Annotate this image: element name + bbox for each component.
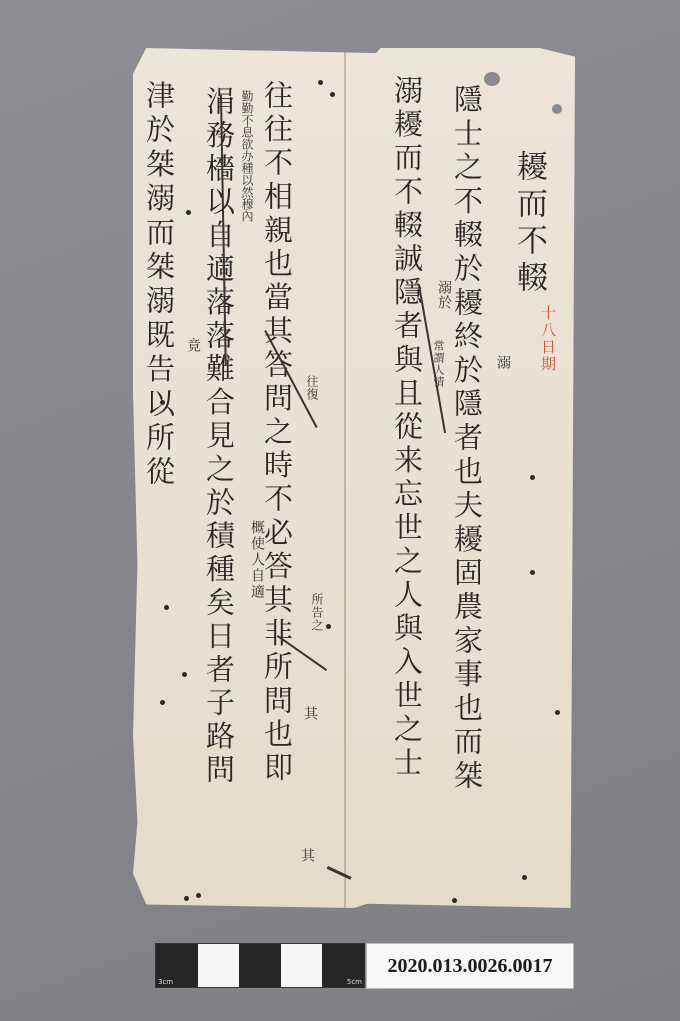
punctuation-dot	[522, 875, 527, 880]
margin-annotation: 溺	[496, 355, 509, 370]
text-column: 往往不相親也當其答問之時不必答其非所問也即	[262, 80, 292, 786]
paper-hole	[552, 104, 562, 114]
punctuation-dot	[326, 624, 331, 629]
punctuation-dot	[318, 80, 323, 85]
punctuation-dot	[530, 570, 535, 575]
punctuation-dot	[186, 210, 191, 215]
measurement-scale-bar: 3cm 5cm	[155, 943, 365, 988]
margin-annotation: 往復	[305, 375, 318, 401]
punctuation-dot	[164, 605, 169, 610]
text-column: 津於桀溺而桀溺既告以所從	[144, 80, 174, 490]
manuscript-page	[133, 48, 575, 908]
center-fold	[344, 48, 346, 908]
margin-annotation: 其	[300, 848, 313, 863]
text-column: 涓務檣以自適落落難合見之於積種矣日者子路問	[204, 86, 234, 787]
interlinear-annotation: 概使人自適	[250, 520, 263, 600]
punctuation-dot	[196, 893, 201, 898]
text-column: 溺耰而不輟誠隱者與且從来忘世之人與入世之士	[392, 75, 422, 781]
punctuation-dot	[555, 710, 560, 715]
punctuation-dot	[160, 700, 165, 705]
punctuation-dot	[530, 475, 535, 480]
punctuation-dot	[330, 92, 335, 97]
punctuation-dot	[160, 400, 165, 405]
punctuation-dot	[184, 896, 189, 901]
text-column: 隱士之不輟於耰終於隱者也夫耰固農家事也而桀	[452, 84, 482, 794]
margin-annotation: 其	[303, 706, 316, 721]
scale-left-label: 3cm	[158, 978, 173, 986]
interlinear-annotation: 勤勤不息欲办種以然穆內	[240, 90, 253, 222]
scale-segment-light	[281, 944, 323, 987]
scale-segment-light	[198, 944, 240, 987]
margin-annotation: 溺於	[437, 280, 450, 310]
scale-right-label: 5cm	[347, 978, 362, 986]
accession-number-label: 2020.013.0026.0017	[366, 943, 574, 989]
punctuation-dot	[182, 672, 187, 677]
paper-hole	[484, 72, 500, 86]
margin-annotation: 所告之	[310, 593, 323, 632]
red-date-note: 十八日期	[541, 305, 554, 373]
scale-segment-dark	[239, 944, 281, 987]
margin-annotation: 竟	[186, 338, 199, 353]
title-column: 耰而不輟	[514, 150, 544, 298]
punctuation-dot	[452, 898, 457, 903]
